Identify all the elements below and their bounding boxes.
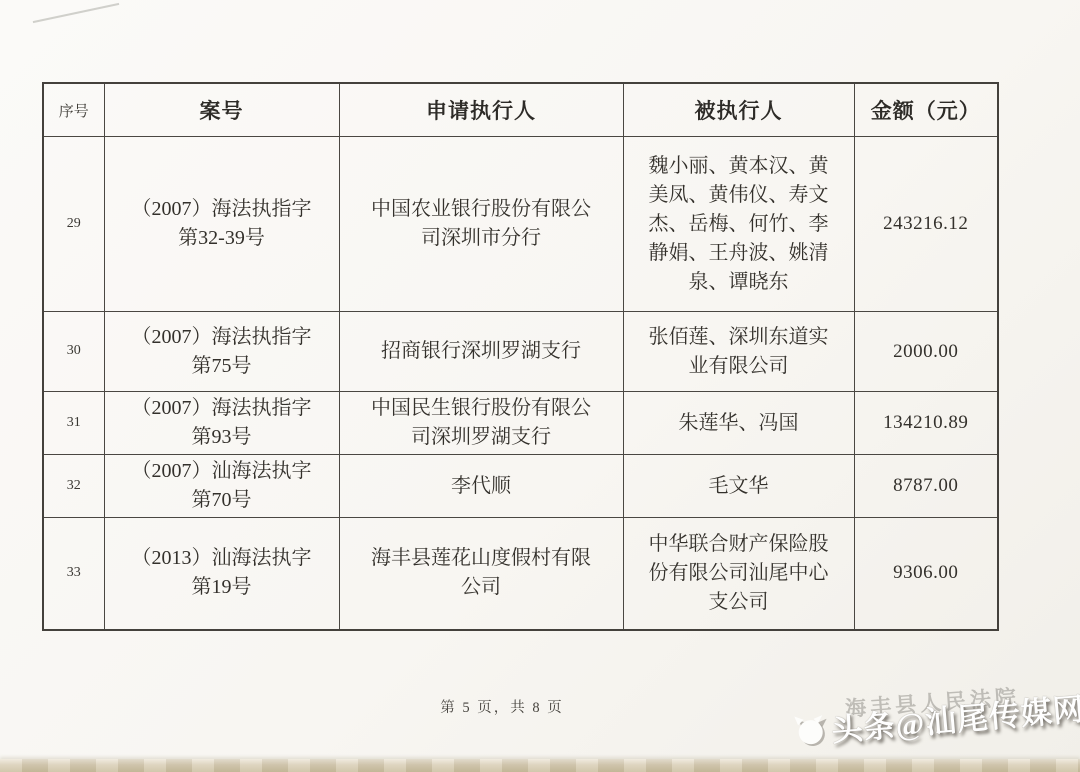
cell-applicant: 招商银行深圳罗湖支行 — [339, 312, 623, 392]
table-row: 33 （2013）汕海法执字 第19号 海丰县莲花山度假村有限 公司 中华联合财… — [43, 518, 998, 630]
cell-case-number: （2007）海法执指字 第93号 — [104, 392, 339, 455]
cell-index: 32 — [43, 455, 104, 518]
cell-index: 33 — [43, 518, 104, 630]
cell-respondent: 中华联合财产保险股 份有限公司汕尾中心 支公司 — [623, 518, 854, 630]
cell-applicant: 中国农业银行股份有限公 司深圳市分行 — [339, 137, 623, 312]
cell-applicant: 李代顺 — [339, 455, 623, 518]
cell-amount: 8787.00 — [854, 455, 998, 518]
cell-amount: 9306.00 — [854, 518, 998, 630]
cell-amount: 243216.12 — [854, 137, 998, 312]
scan-edge-strip — [0, 759, 1080, 772]
cell-case-number: （2007）汕海法执字 第70号 — [104, 455, 339, 518]
cell-respondent: 毛文华 — [623, 455, 854, 518]
cell-applicant: 海丰县莲花山度假村有限 公司 — [339, 518, 623, 630]
header-row: 序号 案号 申请执行人 被执行人 金额（元） — [43, 83, 998, 137]
table-row: 30 （2007）海法执指字 第75号 招商银行深圳罗湖支行 张佰莲、深圳东道实… — [43, 312, 998, 392]
cell-respondent: 朱莲华、冯国 — [623, 392, 854, 455]
cell-index: 29 — [43, 137, 104, 312]
table-row: 29 （2007）海法执指字 第32-39号 中国农业银行股份有限公 司深圳市分… — [43, 137, 998, 312]
col-header-index: 序号 — [43, 83, 104, 137]
cell-case-number: （2007）海法执指字 第32-39号 — [104, 137, 339, 312]
cell-case-number: （2007）海法执指字 第75号 — [104, 312, 339, 392]
cell-respondent: 魏小丽、黄本汉、黄 美凤、黄伟仪、寿文 杰、岳梅、何竹、李 静娟、王舟波、姚清 … — [623, 137, 854, 312]
table-header: 序号 案号 申请执行人 被执行人 金额（元） — [43, 83, 998, 137]
cell-index: 31 — [43, 392, 104, 455]
col-header-applicant: 申请执行人 — [339, 83, 623, 137]
cell-index: 30 — [43, 312, 104, 392]
table-row: 31 （2007）海法执指字 第93号 中国民生银行股份有限公 司深圳罗湖支行 … — [43, 392, 998, 455]
col-header-respondent: 被执行人 — [623, 83, 854, 137]
col-header-case-number: 案号 — [104, 83, 339, 137]
col-header-amount: 金额（元） — [854, 83, 998, 137]
cell-amount: 2000.00 — [854, 312, 998, 392]
cell-amount: 134210.89 — [854, 392, 998, 455]
media-mascot-icon — [791, 710, 832, 749]
cell-applicant: 中国民生银行股份有限公 司深圳罗湖支行 — [339, 392, 623, 455]
table-body: 29 （2007）海法执指字 第32-39号 中国农业银行股份有限公 司深圳市分… — [43, 137, 998, 630]
scan-artifact-line — [33, 3, 119, 23]
execution-cases-table: 序号 案号 申请执行人 被执行人 金额（元） 29 （2007）海法执指字 第3… — [42, 82, 999, 631]
table-row: 32 （2007）汕海法执字 第70号 李代顺 毛文华 8787.00 — [43, 455, 998, 518]
cell-case-number: （2013）汕海法执字 第19号 — [104, 518, 339, 630]
cell-respondent: 张佰莲、深圳东道实 业有限公司 — [623, 312, 854, 392]
scanned-document-page: 序号 案号 申请执行人 被执行人 金额（元） 29 （2007）海法执指字 第3… — [0, 0, 1080, 772]
